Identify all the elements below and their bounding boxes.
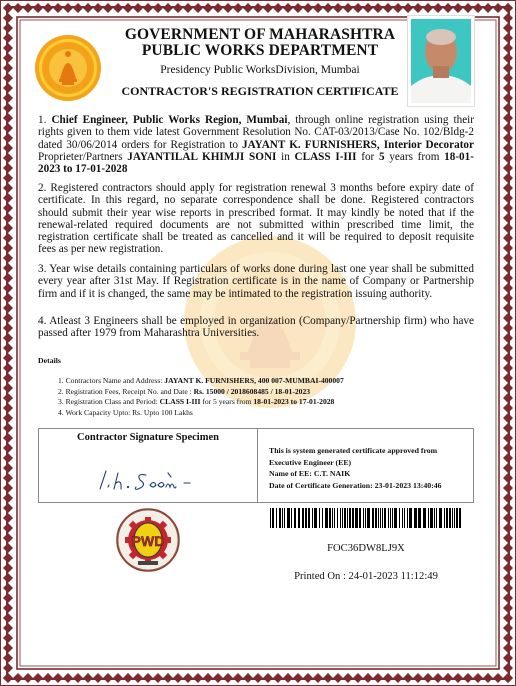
paragraph-3: 3. Year wise details containing particul… (38, 263, 474, 300)
header-department: PUBLIC WORKS DEPARTMENT (120, 43, 400, 59)
detail-item: 2. Registration Fees, Receipt No. and Da… (58, 387, 344, 398)
certificate-title: CONTRACTOR'S REGISTRATION CERTIFICATE (110, 84, 410, 99)
signature-image (94, 465, 204, 495)
detail-item: 1. Contractors Name and Address: JAYANT … (58, 376, 344, 387)
header-government: GOVERNMENT OF MAHARASHTRA (120, 27, 400, 43)
firm-name: JAYANT K. FURNISHERS, Interior Decorator (242, 139, 474, 151)
partner-name: JAYANTILAL KHIMJI SONI (127, 151, 276, 163)
printed-on: Printed On : 24-01-2023 11:12:49 (270, 571, 462, 582)
paragraph-1: 1. Chief Engineer, Public Works Region, … (38, 114, 474, 175)
generation-date: Date of Certificate Generation: 23-01-20… (269, 480, 442, 492)
signature-cell: Contractor Signature Specimen (39, 429, 258, 502)
signature-table: Contractor Signature Specimen This is sy… (38, 428, 474, 503)
header-division: Presidency Public WorksDivision, Mumbai (120, 64, 400, 76)
barcode (270, 508, 462, 528)
issuing-authority: Chief Engineer, Public Works Region, Mum… (51, 114, 287, 126)
paragraph-2: 2. Registered contractors should apply f… (38, 182, 474, 256)
detail-item: 4. Work Capacity Upto: Rs. Upto 100 Lakh… (58, 408, 344, 419)
approval-info: This is system generated certificate app… (269, 445, 442, 491)
signature-title: Contractor Signature Specimen (39, 432, 257, 443)
paragraph-4: 4. Atleast 3 Engineers shall be employed… (38, 315, 474, 340)
barcode-value: FOC36DW8LJ9X (270, 543, 462, 554)
ee-name: Name of EE: C.T. NAIK (269, 468, 442, 480)
details-list: 1. Contractors Name and Address: JAYANT … (58, 376, 344, 418)
details-heading: Details (38, 356, 61, 365)
detail-item: 3. Registration Class and Period: CLASS … (58, 397, 344, 408)
pwd-logo-icon: PWD (116, 508, 180, 572)
registration-class: CLASS I-III (295, 151, 357, 163)
contractor-photo (407, 15, 475, 107)
maharashtra-seal-icon (33, 33, 103, 103)
svg-text:PWD: PWD (132, 533, 165, 549)
